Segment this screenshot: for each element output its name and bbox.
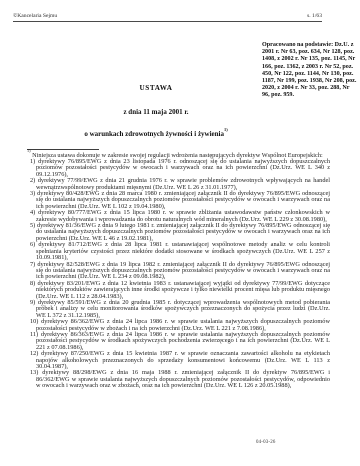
footnote-item-text: dyrektywy 82/528/EWG z dnia 19 lipca 198… <box>36 261 330 281</box>
footnote-item-text: dyrektywy 83/201/EWG z dnia 12 kwietnia … <box>36 280 330 300</box>
footnote-item: 1) dyrektywy 76/895/EWG z dnia 23 listop… <box>27 159 330 178</box>
footnote-item-number: 6) <box>30 241 35 248</box>
footnote-item-text: dyrektywy 81/712/EWG z dnia 28 lipca 198… <box>36 241 330 261</box>
document-page: ©Kancelaria Sejmu s. 1/63 Opracowano na … <box>0 0 360 466</box>
footnote-list: 1) dyrektywy 76/895/EWG z dnia 23 listop… <box>27 159 330 390</box>
title-block: USTAWA z dnia 11 maja 2001 r. o warunkac… <box>20 84 292 138</box>
footnote-item-number: 5) <box>30 222 35 229</box>
footnote-item-text: dyrektywy 76/895/EWG z dnia 23 listopada… <box>36 158 330 178</box>
footnote-item: 3) dyrektywy 80/428/EWG z dnia 28 marca … <box>27 191 330 210</box>
footnote-item-text: dyrektywy 80/428/EWG z dnia 28 marca 198… <box>36 190 330 210</box>
footnote-item: 7) dyrektywy 82/528/EWG z dnia 19 lipca … <box>27 262 330 281</box>
footnote-item-text: dyrektywy 77/99/EWG z dnia 21 grudnia 19… <box>36 177 330 190</box>
footnote-item: 13) dyrektywy 88/298/EWG z dnia 16 maja … <box>27 370 330 389</box>
act-date: z dnia 11 maja 2001 r. <box>20 108 292 116</box>
footnote-item-number: 9) <box>30 299 35 306</box>
footnote-item: 12) dyrektywy 87/250/EWG z dnia 15 kwiet… <box>27 351 330 370</box>
footnote-item-text: dyrektywy 88/298/EWG z dnia 16 maja 1988… <box>36 369 330 389</box>
footnote-item: 5) dyrektywy 81/36/EWG z dnia 9 lutego 1… <box>27 223 330 242</box>
footnote-item: 8) dyrektywy 83/201/EWG z dnia 12 kwietn… <box>27 281 330 300</box>
footnote-item-number: 7) <box>30 261 35 268</box>
act-subject-text: o warunkach zdrowotnych żywności i żywie… <box>84 130 224 138</box>
footnote-item-text: dyrektywy 86/362/EWG z dnia 24 lipca 198… <box>36 318 330 331</box>
footnote-item-text: dyrektywy 80/777/EWG z dnia 15 lipca 198… <box>36 209 330 222</box>
footnote-reference: 1) <box>224 127 228 132</box>
footnote-item: 11) dyrektywy 86/363/EWG z dnia 24 lipca… <box>27 332 330 351</box>
copyright-notice: ©Kancelaria Sejmu <box>13 13 57 20</box>
footnote-item-text: dyrektywy 81/36/EWG z dnia 9 lutego 1981… <box>36 222 330 242</box>
footnote-item-number: 4) <box>30 209 35 216</box>
act-title: USTAWA <box>20 84 292 92</box>
date-stamp: 04-03-26 <box>256 440 276 445</box>
footnote-marker: 1) <box>27 148 31 153</box>
footnote-item-number: 2) <box>30 177 35 184</box>
footnote-item-text: dyrektywy 87/250/EWG z dnia 15 kwietnia … <box>36 350 330 370</box>
page-number: s. 1/63 <box>307 13 322 20</box>
footnote-item-text: dyrektywy 86/363/EWG z dnia 24 lipca 198… <box>36 331 330 351</box>
act-subject: o warunkach zdrowotnych żywności i żywie… <box>20 130 292 138</box>
footnote-item-number: 8) <box>30 280 35 287</box>
footnote-item-number: 3) <box>30 190 35 197</box>
footnote-separator-rule <box>27 149 99 150</box>
page-header: ©Kancelaria Sejmu s. 1/63 <box>13 13 322 22</box>
footnote-item-text: dyrektywy 85/591/EWG z dnia 20 grudnia 1… <box>36 299 330 319</box>
footnote-block: 1) Niniejsza ustawa dokonuje w zakresie … <box>27 149 330 390</box>
footnote-item: 6) dyrektywy 81/712/EWG z dnia 28 lipca … <box>27 242 330 261</box>
footnote-item-number: 1) <box>30 158 35 165</box>
footnote-item: 9) dyrektywy 85/591/EWG z dnia 20 grudni… <box>27 300 330 319</box>
